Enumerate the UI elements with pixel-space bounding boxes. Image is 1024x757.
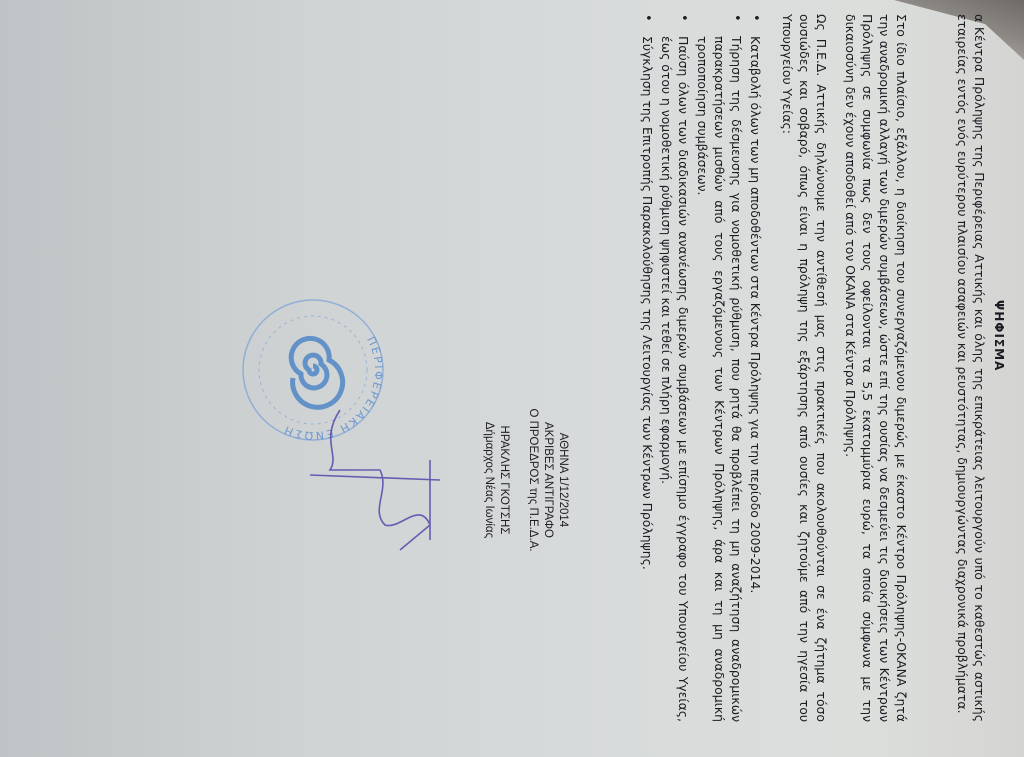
signature-block: ΑΘΗΝΑ 1/12/2014 ΑΚΡΙΒΕΣ ΑΝΤΙΓΡΑΦΟ Ο ΠΡΟΕ… — [481, 380, 570, 580]
demand-item: Καταβολή όλων των μη αποδοθέντων στα Κέν… — [747, 14, 764, 722]
signatory-name: ΗΡΑΚΛΗΣ ΓΚΟΤΣΗΣ — [496, 380, 511, 580]
place-date: ΑΘΗΝΑ 1/12/2014 — [555, 380, 570, 580]
demand-item: Τήρηση της δέσμευσης για νομοθετική ρύθμ… — [694, 14, 745, 722]
certification-label: ΑΚΡΙΒΕΣ ΑΝΤΙΓΡΑΦΟ — [540, 380, 555, 580]
paragraph-statement: Ως Π.Ε.Δ. Αττικής δηλώνουμε την αντίθεσή… — [779, 14, 830, 722]
document-title: ΨΗΦΙΣΜΑ — [992, 0, 1006, 740]
paragraph-intro: α Κέντρα Πρόληψης της Περιφέρειας Αττική… — [954, 14, 988, 722]
signatory-position: Δήμαρχος Νέας Ιωνίας — [481, 380, 496, 580]
demand-item: Παύση όλων των διαδικασιών ανανέωσης διμ… — [658, 14, 692, 722]
paragraph-okana: Στο ίδιο πλαίσιο, εξάλλου, η διοίκηση το… — [842, 14, 910, 722]
signatory-role: Ο ΠΡΟΕΔΡΟΣ της Π.Ε.Δ.Α. — [525, 380, 540, 580]
demands-list: Καταβολή όλων των μη αποδοθέντων στα Κέν… — [637, 14, 764, 722]
document-page: ΨΗΦΙΣΜΑ α Κέντρα Πρόληψης της Περιφέρεια… — [510, 0, 1010, 740]
demand-item: Σύγκληση της Επιτροπής Παρακολούθησης τη… — [639, 14, 656, 722]
